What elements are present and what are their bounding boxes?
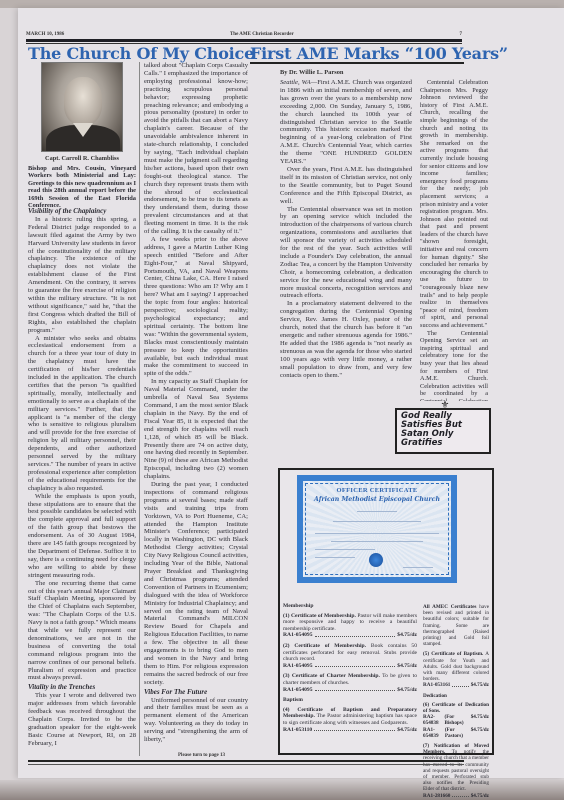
paragraph: The one recurring theme that came out of…: [28, 580, 136, 683]
subhead: Visibility of the Chaplaincy: [28, 208, 136, 216]
column-divider: [139, 62, 140, 756]
ad-box: ⚜ God Really Satisfies But Satan Only Gr…: [395, 408, 491, 454]
paragraph: In a proclamatory statement delivered to…: [280, 300, 412, 379]
section-label: Membership: [283, 603, 417, 610]
left-article-column-1: Visibility of the Chaplaincy In a histor…: [28, 206, 136, 758]
paragraph: The Centennial Opening Service set an in…: [420, 330, 488, 401]
continued-notice[interactable]: Please turn to page 13: [178, 753, 225, 758]
paragraph: A few weeks prior to the above address, …: [144, 236, 248, 378]
paragraph: This year I wrote and delivered two majo…: [28, 692, 136, 747]
certificate-image: OFFICER CERTIFICATE African Methodist Ep…: [297, 475, 457, 583]
author-photo: [41, 62, 123, 152]
product-item: (7) Notification of Moved Members. To no…: [423, 743, 489, 799]
cert-line: [357, 511, 397, 512]
right-article-column-1: Seattle, WA—First A.M.E. Church was orga…: [280, 79, 412, 465]
photo-face: [64, 77, 102, 125]
paragraph: Over the years, First A.M.E. has disting…: [280, 166, 412, 206]
paragraph: The Centennial observance was set in mot…: [280, 206, 412, 301]
cert-line: [331, 541, 423, 542]
left-article-column-2: talked about "Chaplain Corps Casualty Ca…: [144, 62, 248, 752]
byline: By Dr. Willie L. Parson: [280, 69, 343, 76]
product-item: (2) Certificate of Membership. Book cont…: [283, 643, 417, 669]
section-label: Dedication: [423, 693, 489, 699]
masthead-rule: [26, 39, 462, 42]
publication-name: The AME Christian Recorder: [230, 32, 294, 37]
cert-line: [315, 549, 375, 550]
product-item: (5) Certificate of Baptism. A certificat…: [423, 651, 489, 688]
ad-line-1: God Really Satisfies But: [401, 412, 489, 430]
intro-paragraph: Bishop and Mrs. Cousin, Vineyard Workers…: [28, 165, 136, 209]
left-headline: The Church Of My Choice: [28, 44, 254, 63]
paragraph: In my capacity as Staff Chaplain for Nav…: [144, 378, 248, 481]
certificate-title: OFFICER CERTIFICATE: [303, 487, 451, 494]
paragraph: talked about "Chaplain Corps Casualty Ca…: [144, 62, 248, 236]
footer-rule: [28, 760, 464, 762]
background-top: [0, 0, 564, 8]
certificate-list-right: All AMEC Certificates have been revised …: [423, 604, 489, 800]
product-item: (4) Certificate of Baptism and Preparato…: [283, 707, 417, 733]
product-item: (1) Certificate of Membership. Pastor wi…: [283, 613, 417, 639]
cert-line: [315, 533, 439, 534]
certificate-list-left: Membership (1) Certificate of Membership…: [283, 600, 417, 737]
right-headline: First AME Marks “100 Years”: [250, 44, 508, 63]
section-label: Baptism: [283, 697, 417, 704]
intro-note: All AMEC Certificates have been revised …: [423, 604, 489, 647]
headline-rule: [250, 62, 464, 64]
product-item: (3) Certificate of Charter Membership. T…: [283, 673, 417, 693]
paragraph: While the emphasis is upon youth, these …: [28, 493, 136, 580]
paragraph: A minister who seeks and obtains ecclesi…: [28, 335, 136, 493]
paragraph: In a historic ruling this spring, a Fede…: [28, 216, 136, 335]
footer-rule-thin: [28, 764, 464, 765]
cert-line: [315, 557, 355, 558]
cert-line: [333, 521, 421, 522]
product-item: (6) Certificate of Dedication of Sons. R…: [423, 702, 489, 739]
page-number: 7: [459, 32, 462, 37]
cert-line: [403, 567, 433, 568]
paragraph: Seattle, WA—First A.M.E. Church was orga…: [280, 79, 412, 166]
ad-line-2: Satan Only Gratifies: [401, 430, 489, 448]
subhead: Vibes For The Future: [144, 689, 248, 697]
dateline: Seattle, WA: [280, 79, 311, 86]
certificate-seal-icon: [369, 553, 383, 567]
photo-caption: Capt. Carroll R. Chambliss: [28, 155, 136, 162]
right-article-column-2: Centennial Celebration Chairperson Mrs. …: [420, 79, 488, 401]
subhead: Vitality in the Trenches: [28, 684, 136, 692]
certificate-subtitle: African Methodist Episcopal Church: [303, 496, 451, 503]
paragraph: Centennial Celebration Chairperson Mrs. …: [420, 79, 488, 330]
paragraph: Uniformed personnel of our country and t…: [144, 697, 248, 744]
torch-emblem-icon: ⚜: [441, 401, 450, 411]
issue-date: MARCH 10, 1986: [26, 32, 64, 37]
paragraph: During the past year, I conducted inspec…: [144, 481, 248, 687]
